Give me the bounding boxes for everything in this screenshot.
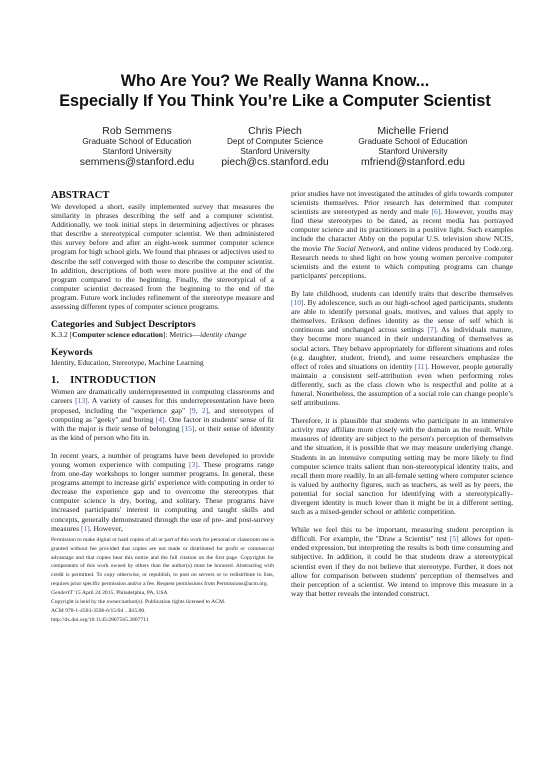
right-paragraph-2: By late childhood, students can identify… bbox=[291, 289, 513, 407]
category-after: ]: Metrics— bbox=[163, 330, 200, 339]
citation-link[interactable]: [11] bbox=[415, 362, 427, 371]
citation-link[interactable]: [13] bbox=[75, 396, 88, 405]
category-italic: identity change bbox=[200, 330, 246, 339]
copyright-line: Copyright is held by the owner/author(s)… bbox=[51, 598, 274, 607]
author-name: Chris Piech bbox=[210, 125, 340, 137]
intro-paragraph-2: In recent years, a number of programs ha… bbox=[51, 451, 274, 533]
citation-link[interactable]: [1] bbox=[81, 524, 90, 533]
author-block: Rob Semmens Graduate School of Education… bbox=[72, 125, 202, 168]
citation-link[interactable]: [5] bbox=[450, 534, 459, 543]
citation-link[interactable]: [9, 2] bbox=[189, 406, 208, 415]
category-code: K.3.2 [ bbox=[51, 330, 72, 339]
abstract-text: We developed a short, easily implemented… bbox=[51, 202, 274, 311]
conference-details: April 24 2015, Philadelphia, PA, USA bbox=[81, 590, 168, 596]
conference-name: GenderIT '15 bbox=[51, 590, 81, 596]
right-paragraph-1: prior studies have not investigated the … bbox=[291, 189, 513, 280]
citation-link[interactable]: [10] bbox=[291, 298, 304, 307]
right-paragraph-3: Therefore, it is plausible that students… bbox=[291, 416, 513, 516]
keywords-heading: Keywords bbox=[51, 347, 274, 358]
title-line-1: Who Are You? We Really Wanna Know... bbox=[0, 71, 550, 91]
author-list: Rob Semmens Graduate School of Education… bbox=[0, 125, 550, 168]
intro-paragraph-1: Women are dramatically underrepresented … bbox=[51, 387, 274, 442]
text-run: . However, bbox=[90, 524, 123, 533]
introduction-heading: 1. INTRODUCTION bbox=[51, 375, 274, 387]
citation-link[interactable]: [15] bbox=[182, 424, 195, 433]
paper-title: Who Are You? We Really Wanna Know... Esp… bbox=[0, 71, 550, 111]
text-run: allows for open-ended expression, but in… bbox=[291, 534, 513, 598]
permission-notice: Permission to make digital or hard copie… bbox=[51, 536, 274, 589]
citation-link[interactable]: [3] bbox=[189, 460, 198, 469]
right-column: prior studies have not investigated the … bbox=[291, 189, 513, 598]
author-email[interactable]: mfriend@stanford.edu bbox=[348, 156, 478, 168]
copyright-footnote: Permission to make digital or hard copie… bbox=[51, 536, 274, 625]
category-bold: Computer science education bbox=[72, 330, 163, 339]
doi-link[interactable]: http://dx.doi.org/10.1145/2807565.280771… bbox=[51, 616, 274, 625]
abstract-heading: ABSTRACT bbox=[51, 190, 274, 202]
author-name: Michelle Friend bbox=[348, 125, 478, 137]
isbn-line: ACM 978-1-4503-3596-6/15/04 ...$15.00. bbox=[51, 607, 274, 616]
categories-heading: Categories and Subject Descriptors bbox=[51, 319, 274, 330]
author-affiliation: Graduate School of Education bbox=[348, 137, 478, 147]
conference-line: GenderIT '15 April 24 2015, Philadelphia… bbox=[51, 589, 274, 598]
text-run: By late childhood, students can identify… bbox=[291, 289, 513, 298]
left-column: ABSTRACT We developed a short, easily im… bbox=[51, 190, 274, 625]
citation-link[interactable]: [4] bbox=[156, 415, 165, 424]
right-paragraph-4: While we feel this to be important, meas… bbox=[291, 525, 513, 598]
author-block: Chris Piech Dept of Computer Science Sta… bbox=[210, 125, 340, 168]
author-name: Rob Semmens bbox=[72, 125, 202, 137]
author-email[interactable]: piech@cs.stanford.edu bbox=[210, 156, 340, 168]
movie-title: The Social Network bbox=[323, 244, 383, 253]
author-institution: Stanford University bbox=[348, 147, 478, 157]
author-email[interactable]: semmens@stanford.edu bbox=[72, 156, 202, 168]
keywords-text: Identity, Education, Stereotype, Machine… bbox=[51, 358, 274, 367]
title-line-2: Especially If You Think You’re Like a Co… bbox=[0, 91, 550, 111]
author-affiliation: Dept of Computer Science bbox=[210, 137, 340, 147]
citation-link[interactable]: [6] bbox=[431, 207, 440, 216]
author-institution: Stanford University bbox=[210, 147, 340, 157]
author-block: Michelle Friend Graduate School of Educa… bbox=[348, 125, 478, 168]
text-run: . These programs range from one-day work… bbox=[51, 460, 274, 533]
author-affiliation: Graduate School of Education bbox=[72, 137, 202, 147]
author-institution: Stanford University bbox=[72, 147, 202, 157]
citation-link[interactable]: [7] bbox=[427, 325, 436, 334]
categories-text: K.3.2 [Computer science education]: Metr… bbox=[51, 330, 274, 339]
